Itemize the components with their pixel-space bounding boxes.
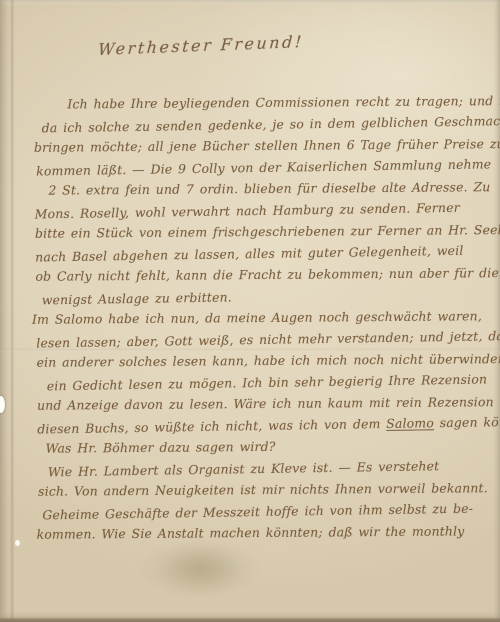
letter-line: kommen. Wie Sie Anstalt machen könnten; …	[37, 520, 483, 545]
paper-stain	[158, 545, 244, 593]
letter-paper: Werthester Freund! Ich habe Ihre beylieg…	[0, 0, 500, 622]
vertical-fold-crease	[11, 0, 14, 622]
letter-body: Ich habe Ihre beyliegenden Commissionen …	[33, 89, 482, 546]
letter-salutation: Werthester Freund!	[97, 32, 304, 59]
paper-edge-notch	[0, 396, 5, 413]
paper-speck	[15, 540, 20, 546]
paper-bottom-edge	[0, 618, 500, 622]
underlined-word: Salomo	[386, 415, 434, 431]
